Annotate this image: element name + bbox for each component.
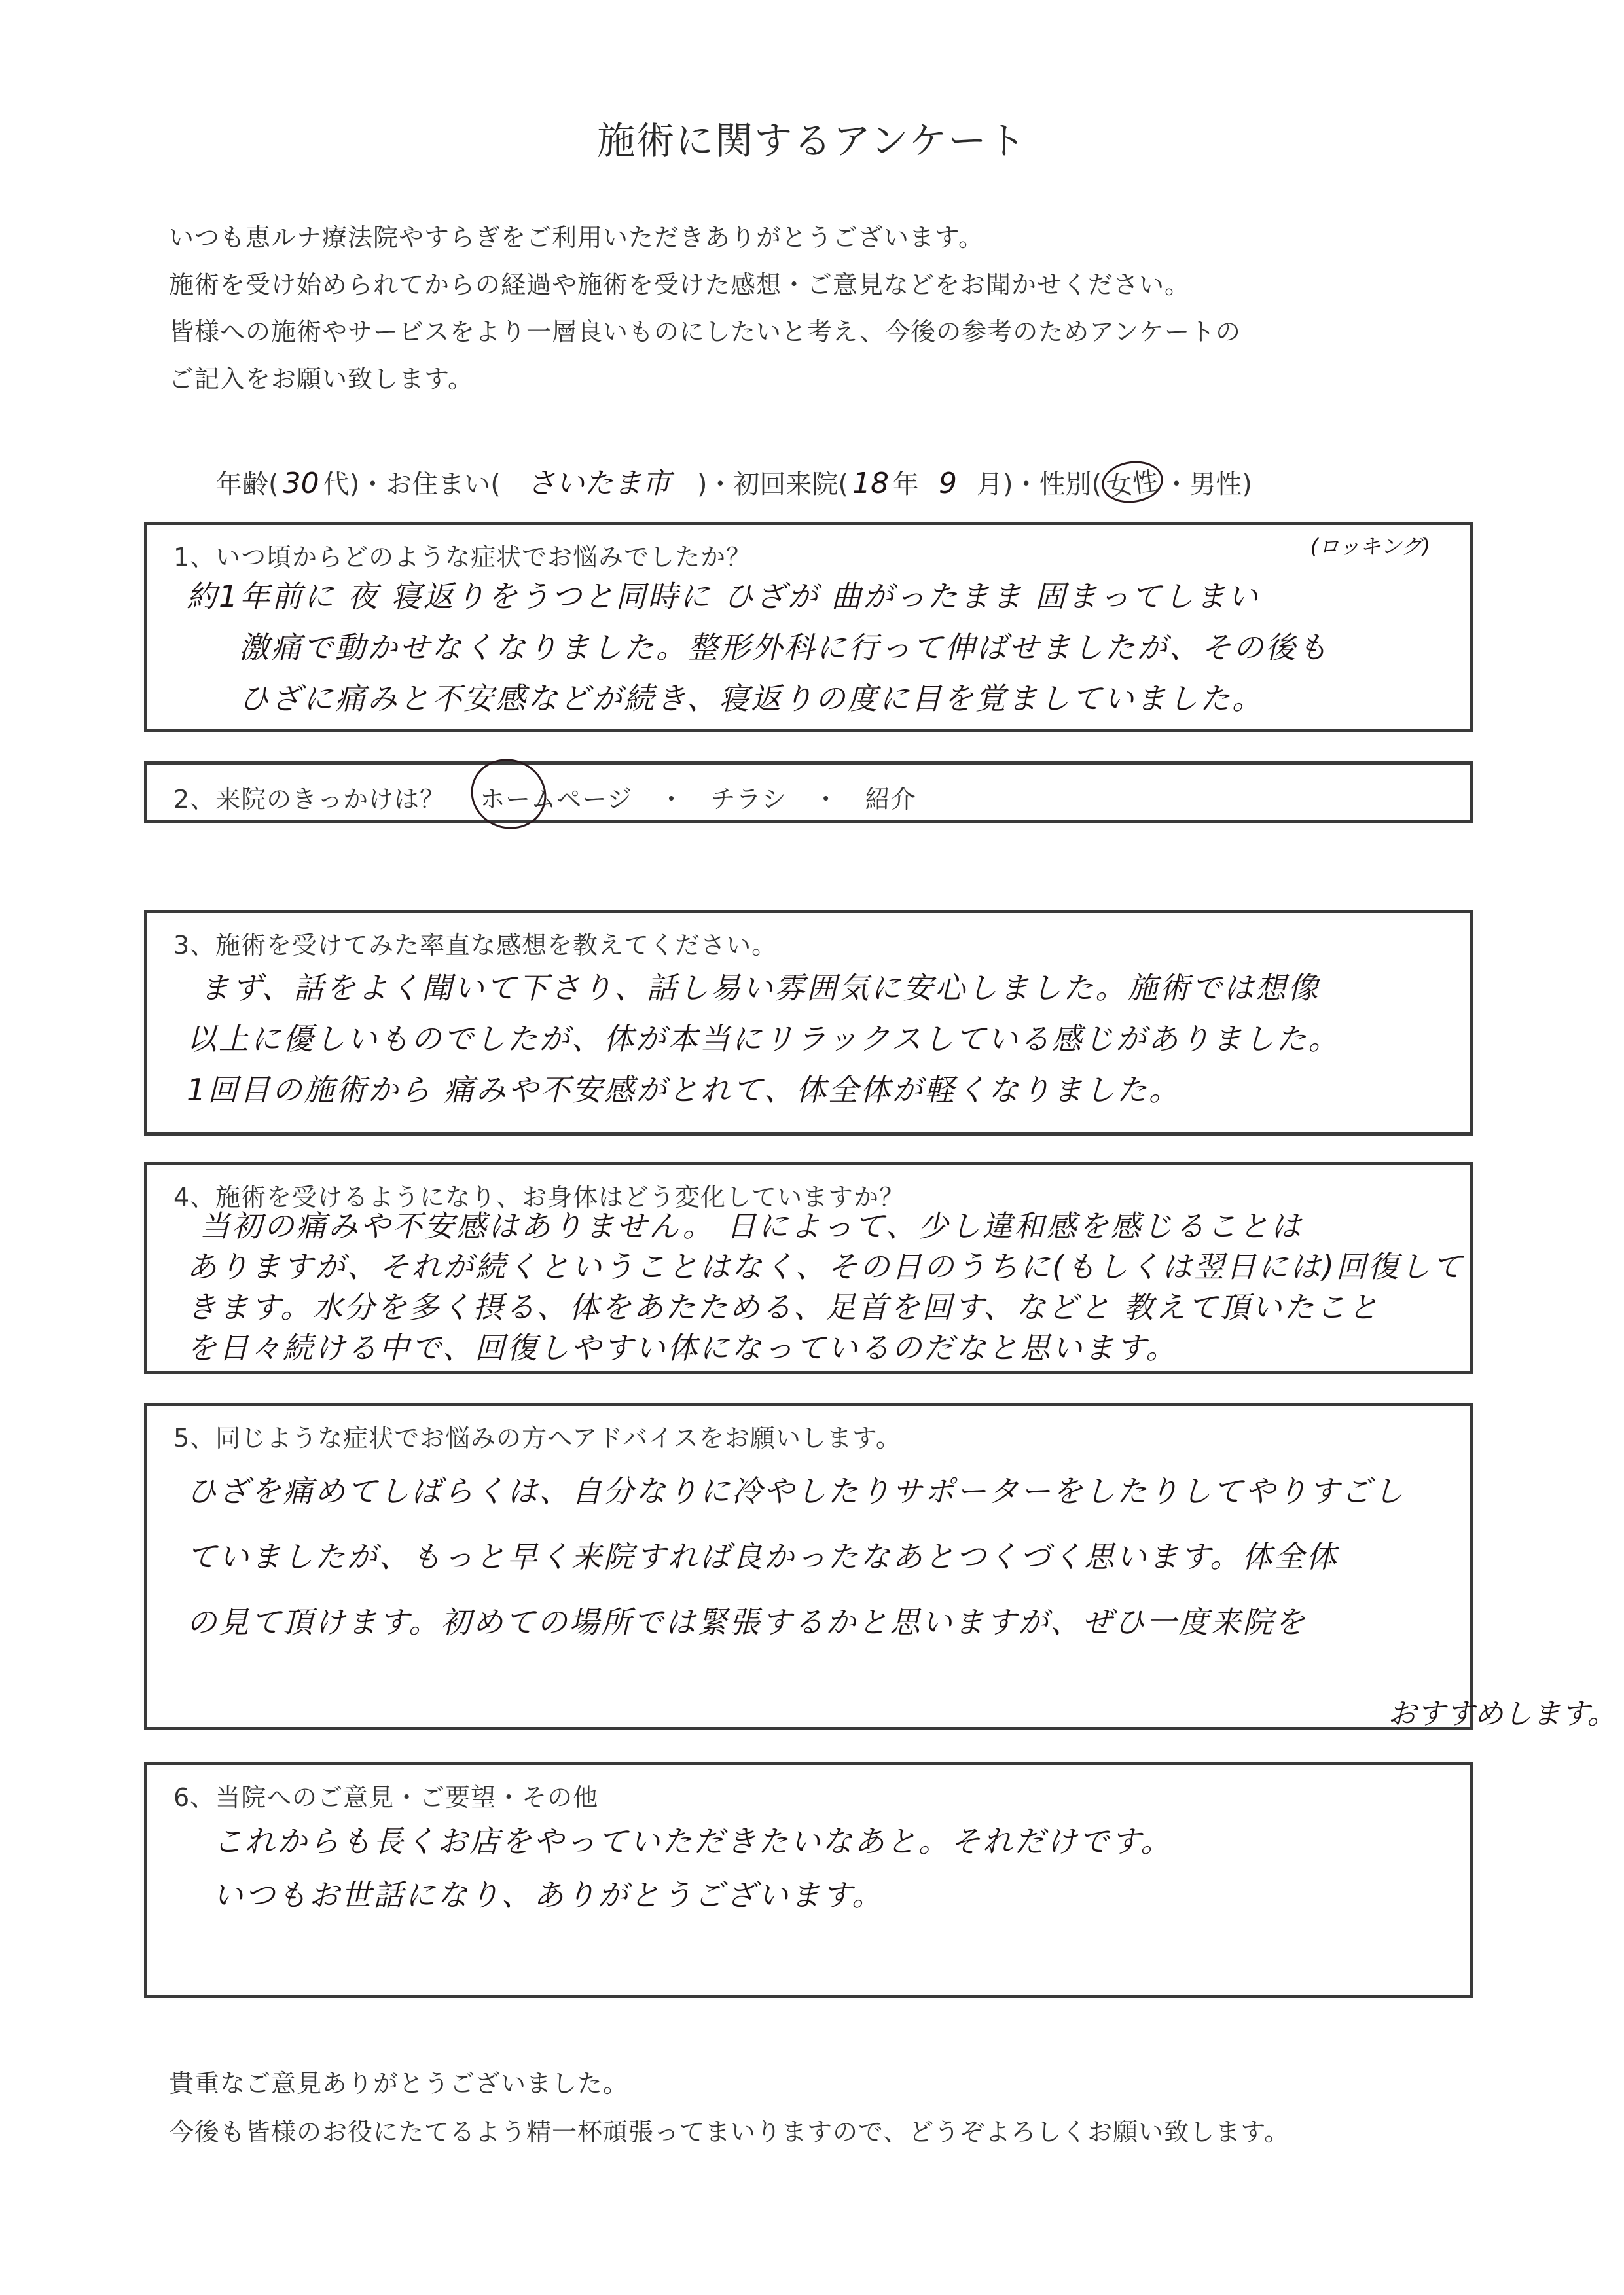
gender-close: ) <box>1242 469 1252 499</box>
answer-line: を日々続ける中で、回復しやすい体になっているのだなと思います。 <box>187 1328 1450 1368</box>
question-box-3: 3、施術を受けてみた率直な感想を教えてください。 まず、話をよく聞いて下さり、話… <box>144 910 1473 1136</box>
question-box-1: 1、いつ頃からどのような症状でお悩みでしたか？ (ロッキング) 約1年前に 夜 … <box>144 522 1473 732</box>
answer-field[interactable]: 約1年前に 夜 寝返りをうつと同時に ひざが 曲がったまま 固まってしまい 激痛… <box>187 571 1450 724</box>
residence-field[interactable]: さいたま市 <box>501 460 697 501</box>
option-homepage[interactable]: ホームページ <box>480 779 632 815</box>
answer-line: 1回目の施術から 痛みや不安感がとれて、体全体が軽くなりました。 <box>187 1064 1450 1115</box>
answer-field[interactable]: これからも長くお店をやっていただきたいなあと。それだけです。 いつもお世話になり… <box>187 1815 1450 1922</box>
respondent-info-row: 年齢( 30 代)・お住まい( さいたま市 )・初回来院( 18 年 9 月)・… <box>216 460 1252 503</box>
answer-annotation: (ロッキング) <box>1310 530 1430 560</box>
answer-line: ていましたが、もっと早く来院すれば良かったなあとつくづく思います。体全体 <box>187 1524 1450 1589</box>
gender-separator: ・ <box>1163 463 1189 501</box>
residence-suffix: )・初回来院( <box>697 463 848 501</box>
question-label: 6、当院へのご意見・ご要望・その他 <box>173 1777 598 1813</box>
question-label-row: 2、来院のきっかけは？ ホームページ ・ チラシ ・ 紹介 <box>173 779 916 815</box>
age-field[interactable]: 30 <box>279 467 323 500</box>
option-flyer[interactable]: チラシ <box>711 779 787 815</box>
answer-line: 以上に優しいものでしたが、体が本当にリラックスしている感じがありました。 <box>187 1013 1450 1064</box>
answer-line: ありますが、それが続くということはなく、その日のうちに(もしくは翌日には)回復し… <box>187 1246 1450 1287</box>
intro-line: いつも恵ルナ療法院やすらぎをご利用いただきありがとうございます。 <box>169 217 984 253</box>
option-separator: ・ <box>814 779 839 815</box>
answer-field[interactable]: 当初の痛みや不安感はありません。 日によって、少し違和感を感じることは あります… <box>187 1206 1450 1368</box>
first-visit-month-field[interactable]: 9 <box>919 467 977 500</box>
answer-line: 当初の痛みや不安感はありません。 日によって、少し違和感を感じることは <box>187 1206 1450 1246</box>
question-label: 3、施術を受けてみた率直な感想を教えてください。 <box>173 925 777 961</box>
question-label: 1、いつ頃からどのような症状でお悩みでしたか？ <box>173 537 751 573</box>
year-label: 年 <box>893 463 919 501</box>
answer-line: いつもお世話になり、ありがとうございます。 <box>187 1868 1450 1922</box>
answer-line: ひざに痛みと不安感などが続き、寝返りの度に目を覚ましていました。 <box>187 673 1450 724</box>
question-label: 2、来院のきっかけは？ <box>173 785 445 814</box>
gender-option-female[interactable]: 女性 <box>1099 458 1166 507</box>
answer-line: 激痛で動かせなくなりました。整形外科に行って伸ばせましたが、その後も <box>187 622 1450 673</box>
answer-line: 約1年前に 夜 寝返りをうつと同時に ひざが 曲がったまま 固まってしまい <box>187 571 1450 622</box>
answer-line: まず、話をよく聞いて下さり、話し易い雰囲気に安心しました。施術では想像 <box>187 962 1450 1013</box>
gender-option-male[interactable]: 男性 <box>1189 463 1242 501</box>
closing-thanks: 貴重なご意見ありがとうございました。 <box>169 2063 628 2099</box>
answer-field[interactable]: まず、話をよく聞いて下さり、話し易い雰囲気に安心しました。施術では想像 以上に優… <box>187 962 1450 1115</box>
answer-line: の見て頂けます。初めての場所では緊張するかと思いますが、ぜひ一度来院を <box>187 1589 1450 1655</box>
answer-field[interactable]: ひざを痛めてしばらくは、自分なりに冷やしたりサポーターをしたりしてやりすごし て… <box>187 1458 1450 1655</box>
intro-line: 施術を受け始められてからの経過や施術を受けた感想・ご意見などをお聞かせください。 <box>169 264 1190 300</box>
question-box-4: 4、施術を受けるようになり、お身体はどう変化していますか？ 当初の痛みや不安感は… <box>144 1162 1473 1374</box>
question-label: 5、同じような症状でお悩みの方へアドバイスをお願いします。 <box>173 1418 901 1454</box>
answer-line: ひざを痛めてしばらくは、自分なりに冷やしたりサポーターをしたりしてやりすごし <box>187 1458 1450 1524</box>
option-referral[interactable]: 紹介 <box>865 779 916 815</box>
option-separator: ・ <box>659 779 685 815</box>
intro-line: ご記入をお願い致します。 <box>169 359 473 395</box>
age-label: 年齢( <box>216 463 279 501</box>
referral-options: ホームページ ・ チラシ ・ 紹介 <box>480 779 916 815</box>
month-suffix: 月)・性別( <box>977 463 1102 501</box>
survey-title: 施術に関するアンケート <box>0 110 1624 165</box>
question-box-5: 5、同じような症状でお悩みの方へアドバイスをお願いします。 ひざを痛めてしばらく… <box>144 1403 1473 1730</box>
answer-line: きます。水分を多く摂る、体をあたためる、足首を回す、などと 教えて頂いたこと <box>187 1287 1450 1328</box>
first-visit-year-field[interactable]: 18 <box>848 467 893 500</box>
age-suffix: 代)・お住まい( <box>323 463 501 501</box>
closing-message: 今後も皆様のお役にたてるよう精一杯頑張ってまいりますので、どうぞよろしくお願い致… <box>169 2112 1290 2148</box>
answer-line: これからも長くお店をやっていただきたいなあと。それだけです。 <box>187 1815 1450 1868</box>
question-box-6: 6、当院へのご意見・ご要望・その他 これからも長くお店をやっていただきたいなあと… <box>144 1762 1473 1998</box>
answer-overflow-line: おすすめします。 <box>1388 1690 1616 1732</box>
question-box-2: 2、来院のきっかけは？ ホームページ ・ チラシ ・ 紹介 <box>144 761 1473 823</box>
intro-line: 皆様への施術やサービスをより一層良いものにしたいと考え、今後の参考のためアンケー… <box>169 312 1241 348</box>
